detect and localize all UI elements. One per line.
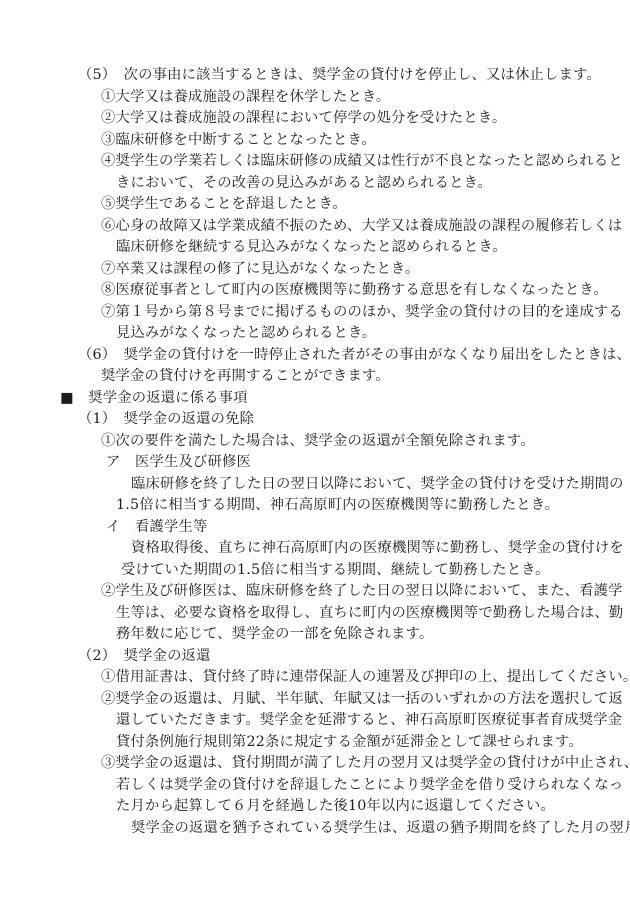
clause-2-item-3-para2: 奨学金の返還を猶予されている奨学生は、返還の猶予期間を終了した月の翌月 <box>0 818 630 840</box>
clause-5-item-3: ③臨床研修を中断することとなったとき。 <box>0 130 630 152</box>
subitem-a-text-cont: 1.5倍に相当する期間、神石高原町内の医療機関等に勤務したとき。 <box>0 495 630 517</box>
clause-1-item-1: ①次の要件を満たした場合は、奨学金の返還が全額免除されます。 <box>0 431 630 453</box>
clause-5-item-9-cont: 見込みがなくなったと認められるとき。 <box>0 323 630 345</box>
clause-2-item-1: ①借用証書は、貸付終了時に連帯保証人の連署及び押印の上、提出してください。 <box>0 667 630 689</box>
clause-1-item-2: ②学生及び研修医は、臨床研修を終了した日の翌日以降において、また、看護学 <box>0 581 630 603</box>
clause-1-heading: （1） 奨学金の返還の免除 <box>0 409 630 431</box>
subitem-i-heading: イ 看護学生等 <box>0 517 630 539</box>
clause-2-item-2-cont1: 還していただきます。奨学金を延滞すると、神石高原町医療従事者育成奨学金 <box>0 710 630 732</box>
clause-2-item-3-cont2: た月から起算して６月を経過した後10年以内に返還してください。 <box>0 796 630 818</box>
clause-1-item-2-cont2: 務年数に応じて、奨学金の一部を免除されます。 <box>0 624 630 646</box>
clause-6-cont: 奨学金の貸付けを再開することができます。 <box>0 366 630 388</box>
document-page: （5） 次の事由に該当するときは、奨学金の貸付けを停止し、又は休止します。 ①大… <box>0 0 630 903</box>
subitem-a-heading: ア 医学生及び研修医 <box>0 452 630 474</box>
clause-5-item-2: ②大学又は養成施設の課程において停学の処分を受けたとき。 <box>0 108 630 130</box>
clause-5-item-6-cont: 臨床研修を継続する見込みがなくなったと認められるとき。 <box>0 237 630 259</box>
subitem-i-text-cont: 受けていた期間の1.5倍に相当する期間、継続して勤務したとき。 <box>0 560 630 582</box>
document-body: （5） 次の事由に該当するときは、奨学金の貸付けを停止し、又は休止します。 ①大… <box>0 65 630 839</box>
clause-5-item-1: ①大学又は養成施設の課程を休学したとき。 <box>0 87 630 109</box>
clause-5-item-6: ⑥心身の故障又は学業成績不振のため、大学又は養成施設の課程の履修若しくは <box>0 216 630 238</box>
clause-2-item-2-cont2: 貸付条例施行規則第22条に規定する金額が延滞金として課せられます。 <box>0 732 630 754</box>
clause-5-intro: （5） 次の事由に該当するときは、奨学金の貸付けを停止し、又は休止します。 <box>0 65 630 87</box>
subitem-a-text: 臨床研修を終了した日の翌日以降において、奨学金の貸付けを受けた期間の <box>0 474 630 496</box>
subitem-i-text: 資格取得後、直ちに神石高原町内の医療機関等に勤務し、奨学金の貸付けを <box>0 538 630 560</box>
clause-5-item-4: ④奨学生の学業若しくは臨床研修の成績又は性行が不良となったと認められると <box>0 151 630 173</box>
clause-5-item-8: ⑧医療従事者として町内の医療機関等に勤務する意思を有しなくなったとき。 <box>0 280 630 302</box>
clause-2-item-3: ③奨学金の返還は、貸付期間が満了した月の翌月又は奨学金の貸付けが中止され、 <box>0 753 630 775</box>
clause-5-item-7: ⑦卒業又は課程の修了に見込がなくなったとき。 <box>0 259 630 281</box>
clause-1-item-2-cont1: 生等は、必要な資格を取得し、直ちに町内の医療機関等で勤務した場合は、勤 <box>0 603 630 625</box>
clause-5-item-9: ⑦第１号から第８号までに掲げるもののほか、奨学金の貸付けの目的を達成する <box>0 302 630 324</box>
clause-5-item-5: ⑤奨学生であることを辞退したとき。 <box>0 194 630 216</box>
clause-6-intro: （6） 奨学金の貸付けを一時停止された者がその事由がなくなり届出をしたときは、 <box>0 345 630 367</box>
clause-5-item-4-cont: きにおいて、その改善の見込みがあると認められるとき。 <box>0 173 630 195</box>
clause-2-item-2: ②奨学金の返還は、月賦、半年賦、年賦又は一括のいずれかの方法を選択して返 <box>0 689 630 711</box>
clause-2-heading: （2） 奨学金の返還 <box>0 646 630 668</box>
section-heading-repayment: ■ 奨学金の返還に係る事項 <box>0 388 630 410</box>
clause-2-item-3-cont1: 若しくは奨学金の貸付けを辞退したことにより奨学金を借り受けられなくなっ <box>0 775 630 797</box>
